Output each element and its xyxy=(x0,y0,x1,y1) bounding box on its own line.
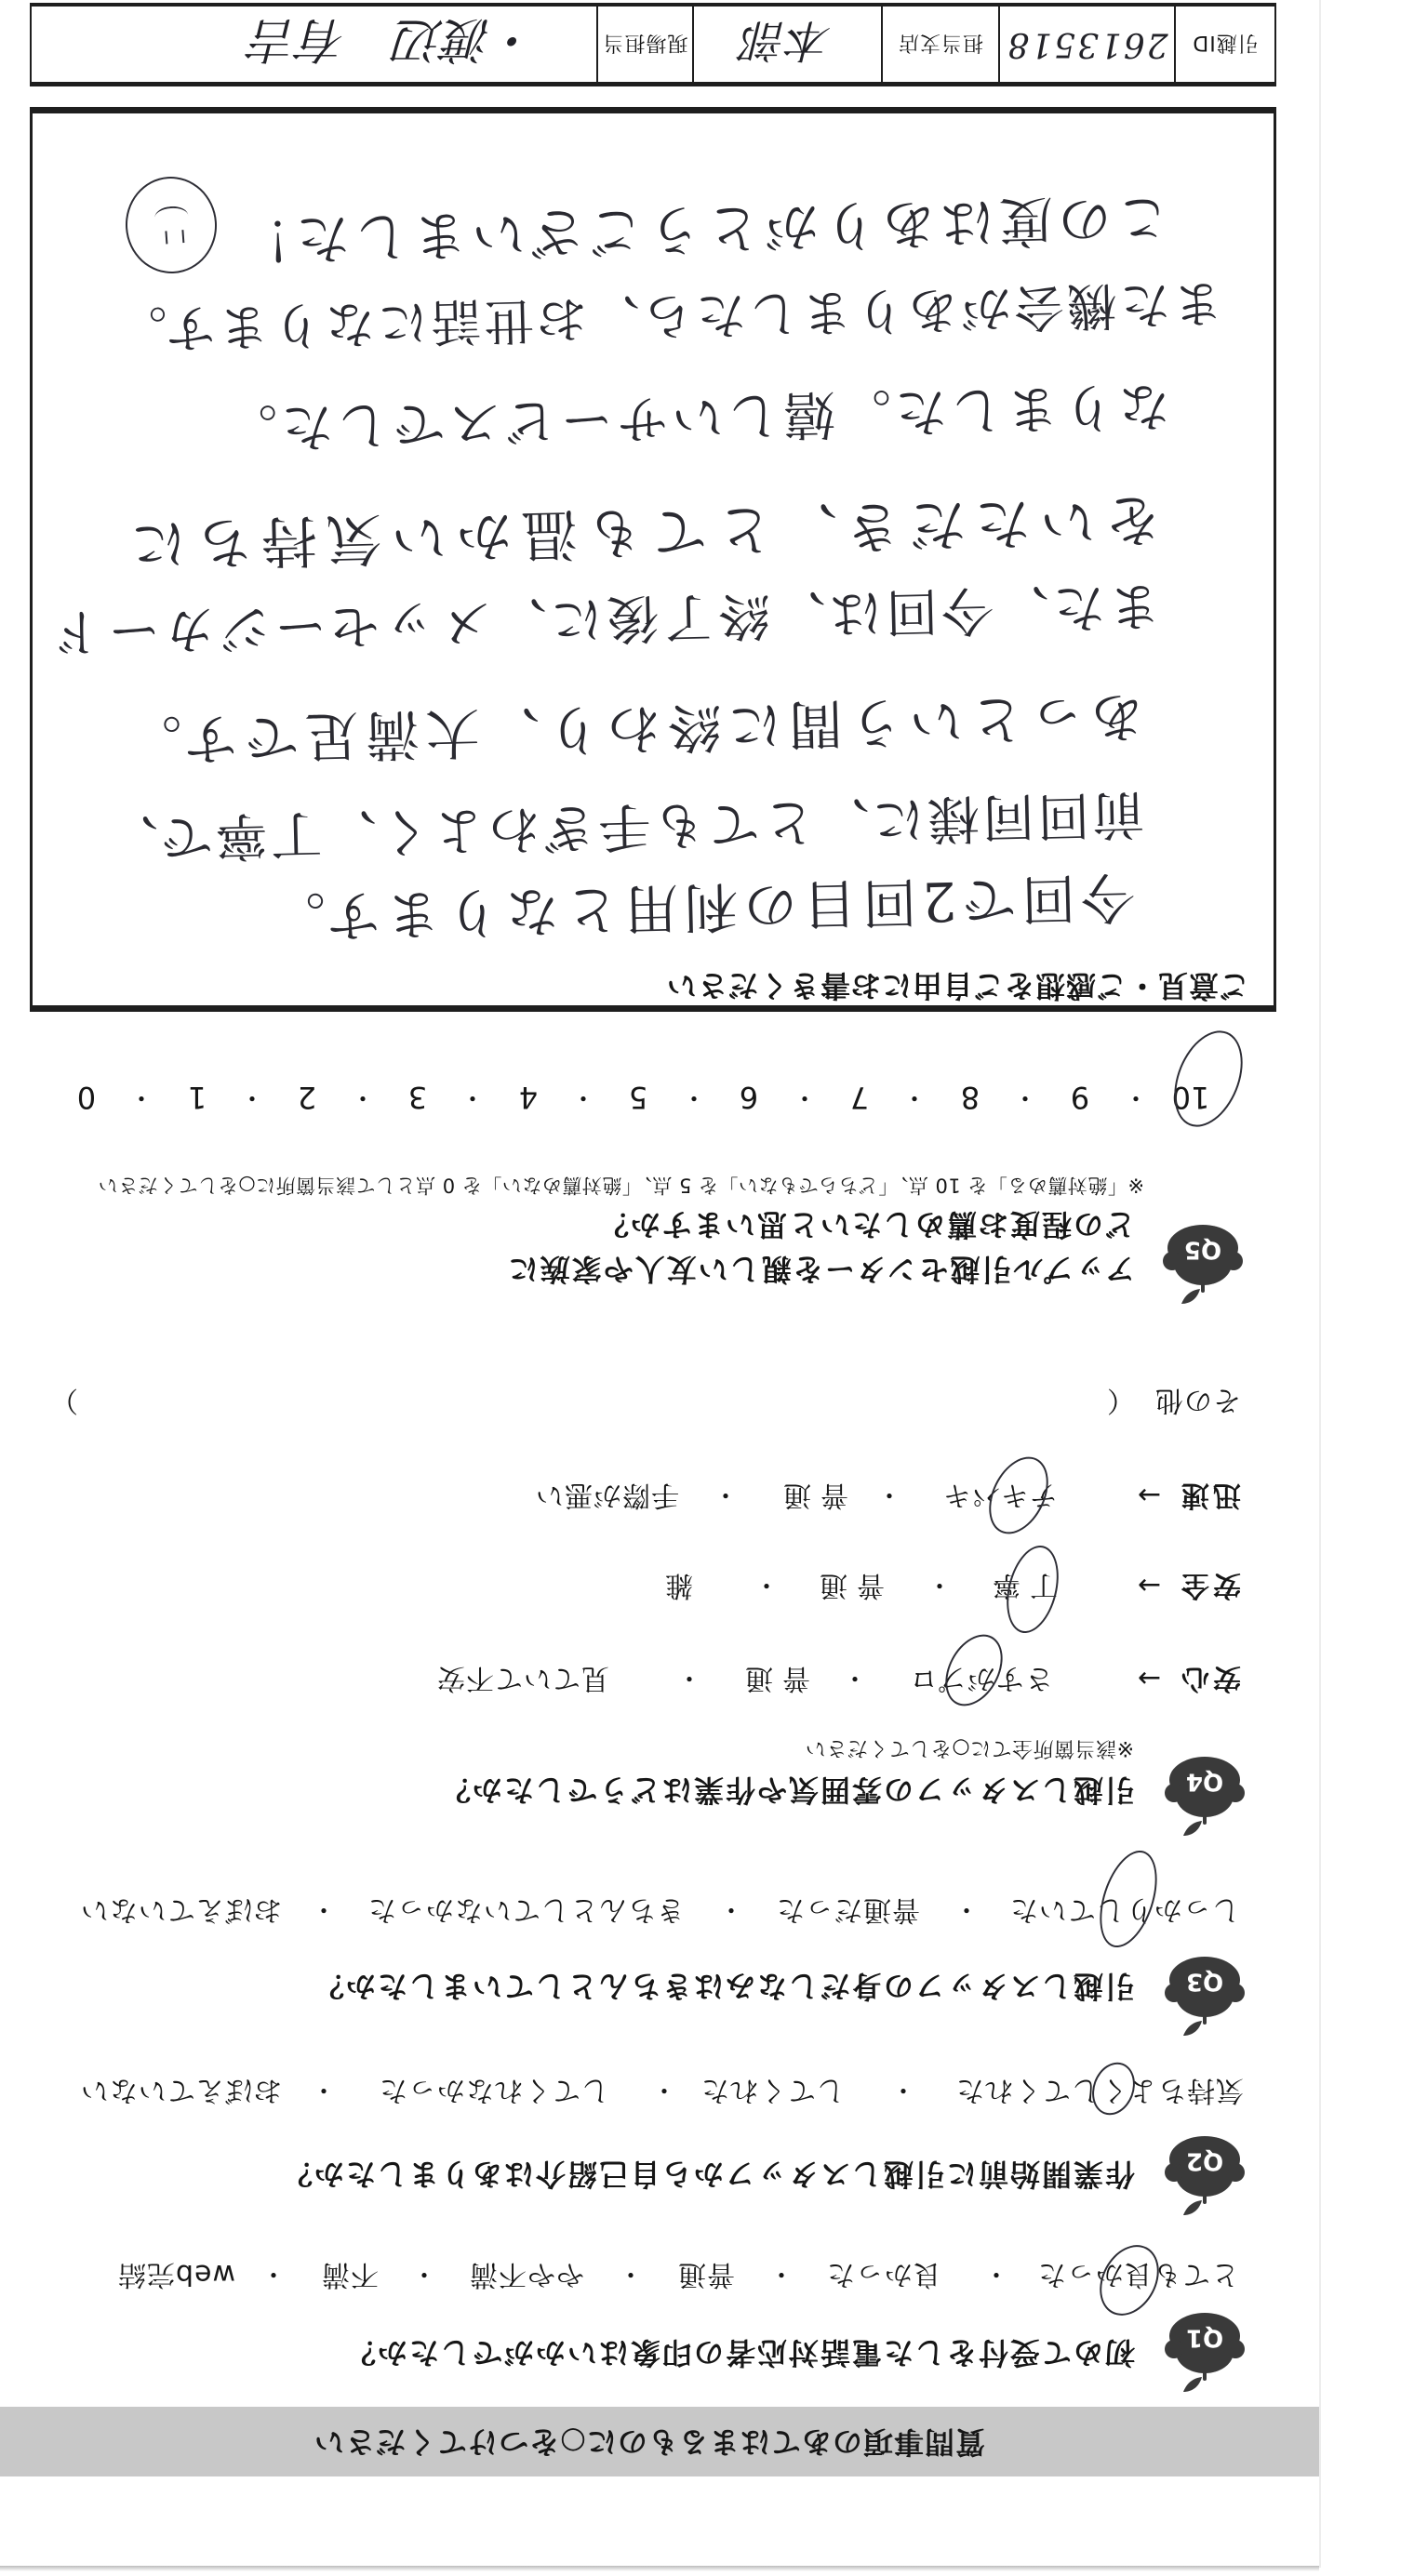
q5-score-option[interactable]: 6 xyxy=(740,1082,758,1112)
q4-other-open-paren: （ xyxy=(1106,1386,1135,1414)
q2-option[interactable]: してくれなかった xyxy=(379,2076,609,2104)
separator: ・ xyxy=(792,1084,818,1110)
separator: ・ xyxy=(927,1572,953,1598)
move-id-value: 2613518 xyxy=(1006,25,1167,63)
staff-label: 現場担当 xyxy=(603,30,688,59)
q4-anshin-option[interactable]: 見ていて不安 xyxy=(436,1664,609,1692)
separator: ・ xyxy=(651,2077,677,2103)
q4-anzen-selection-circle xyxy=(998,1540,1067,1639)
q1-number: Q1 xyxy=(1186,2324,1223,2352)
separator: ・ xyxy=(754,1572,780,1598)
separator: ・ xyxy=(239,1084,265,1110)
q4-anzen-option[interactable]: 普通 xyxy=(810,1571,885,1599)
branch-value-cell[interactable]: 本部 xyxy=(694,7,883,82)
q3-option[interactable]: 普通だった xyxy=(776,1895,920,1923)
smiley-right-eye xyxy=(165,231,167,244)
q4-note: ※該当箇所全てに○をしてください xyxy=(805,1737,1134,1758)
staff-label-cell: 現場担当 xyxy=(598,7,694,82)
q2-apple-badge-icon: Q2 xyxy=(1162,2132,1246,2225)
q4-row-label-anzen: 安全 xyxy=(1178,1571,1241,1599)
separator: ・ xyxy=(260,2261,287,2287)
q3-number: Q3 xyxy=(1186,1968,1223,1996)
separator: ・ xyxy=(718,1896,744,1922)
arrow-right-icon: → xyxy=(1137,1664,1161,1692)
q2-selection-circle xyxy=(1085,2056,1141,2121)
staff-value: ・渡辺 有吉 xyxy=(250,9,540,79)
q5-score-option[interactable]: 0 xyxy=(77,1082,96,1112)
q5-apple-badge-icon: Q5 xyxy=(1160,1221,1244,1314)
q5-question-line-2: どの程度お薦めしたいと思いますか？ xyxy=(597,1210,1135,1240)
q1-option[interactable]: web完結 xyxy=(117,2260,235,2288)
separator: ・ xyxy=(311,1896,337,1922)
q5-score-option[interactable]: 7 xyxy=(850,1082,869,1112)
q3-option[interactable]: きちんとしていなかった xyxy=(367,1895,685,1923)
smiley-mouth xyxy=(154,206,189,228)
move-id-label: 引越ID xyxy=(1192,30,1258,59)
q5-score-option[interactable]: 5 xyxy=(629,1082,647,1112)
separator: ・ xyxy=(411,2261,437,2287)
separator: ・ xyxy=(676,1665,702,1691)
separator: ・ xyxy=(954,1896,980,1922)
separator: ・ xyxy=(890,2077,916,2103)
q4-number: Q4 xyxy=(1186,1768,1223,1796)
q4-jinsoku-option[interactable]: 手際が悪い xyxy=(535,1481,679,1508)
q5-number: Q5 xyxy=(1184,1236,1221,1264)
separator: ・ xyxy=(460,1084,486,1110)
separator: ・ xyxy=(768,2261,794,2287)
separator: ・ xyxy=(128,1084,154,1110)
instructions-text: 質問事項のあてはまるものに○をつけてください xyxy=(313,2427,985,2457)
q3-apple-badge-icon: Q3 xyxy=(1162,1953,1246,2046)
q5-score-option[interactable]: 2 xyxy=(298,1082,316,1112)
separator: ・ xyxy=(1123,1084,1149,1110)
separator: ・ xyxy=(681,1084,707,1110)
q4-question: 引越しスタッフの雰囲気や作業はどうでしたか？ xyxy=(439,1775,1135,1805)
q5-score-option[interactable]: 3 xyxy=(408,1082,427,1112)
separator: ・ xyxy=(901,1084,927,1110)
q4-anzen-option[interactable]: 雑 xyxy=(664,1571,693,1599)
q4-other-close-paren: ） xyxy=(49,1386,78,1414)
branch-label-cell: 担当支店 xyxy=(883,7,1000,82)
q4-row-label-anshin: 安心 xyxy=(1178,1664,1241,1692)
arrow-right-icon: → xyxy=(1137,1481,1161,1508)
q1-apple-badge-icon: Q1 xyxy=(1162,2309,1246,2402)
q5-note: ※「絶対薦める」を 10 点、「どちらでもない」を 5 点、「絶対薦めない」を … xyxy=(98,1175,1144,1195)
branch-value: 本部 xyxy=(743,12,833,76)
separator: ・ xyxy=(618,2261,644,2287)
separator: ・ xyxy=(713,1481,739,1507)
q5-score-option[interactable]: 8 xyxy=(961,1082,980,1112)
q1-question: 初めて受付をした電話対応者の印象はいかがでしたか？ xyxy=(344,2338,1135,2368)
page-left-edge xyxy=(1319,0,1321,2568)
q5-question-line-1: アップル引越センターを親しい友人や家族に xyxy=(507,1255,1135,1284)
q3-question: 引越しスタッフの身だしなみはきちんとしていましたか？ xyxy=(313,1972,1135,2001)
separator: ・ xyxy=(983,2261,1009,2287)
q1-option[interactable]: 良かった xyxy=(826,2260,941,2288)
q2-number: Q2 xyxy=(1186,2147,1223,2175)
survey-form-page: 質問事項のあてはまるものに○をつけてください Q1 初めて受付をした電話対応者の… xyxy=(0,0,1414,2576)
q4-apple-badge-icon: Q4 xyxy=(1162,1753,1246,1846)
separator: ・ xyxy=(311,2077,337,2103)
q1-option[interactable]: やや不満 xyxy=(469,2260,584,2288)
q1-option[interactable]: 普通 xyxy=(677,2260,735,2288)
separator: ・ xyxy=(842,1665,868,1691)
q4-jinsoku-option[interactable]: 普通 xyxy=(774,1481,848,1508)
separator: ・ xyxy=(1012,1084,1038,1110)
q4-other-label: その他 xyxy=(1154,1386,1241,1414)
separator: ・ xyxy=(876,1481,902,1507)
separator: ・ xyxy=(570,1084,596,1110)
staff-value-cell[interactable]: ・渡辺 有吉 xyxy=(30,7,598,82)
q2-question: 作業開始前に引越しスタッフから自己紹介はありましたか？ xyxy=(281,2159,1135,2189)
q5-score-option[interactable]: 4 xyxy=(519,1082,538,1112)
arrow-right-icon: → xyxy=(1137,1571,1161,1599)
q4-row-label-jinsoku: 迅速 xyxy=(1178,1481,1241,1508)
move-id-value-cell[interactable]: 2613518 xyxy=(1000,7,1176,82)
comments-label: ご意見・ご感想をご自由にお書きください xyxy=(666,971,1249,1001)
separator: ・ xyxy=(350,1084,376,1110)
smiley-left-eye xyxy=(181,230,184,243)
q4-other-input[interactable] xyxy=(88,1384,1093,1415)
q5-selection-circle xyxy=(1161,1021,1256,1137)
staff-info-table: 引越ID 2613518 担当支店 本部 現場担当 ・渡辺 有吉 xyxy=(30,3,1276,86)
move-id-label-cell: 引越ID xyxy=(1176,7,1274,82)
q1-option[interactable]: 不満 xyxy=(321,2260,379,2288)
q4-anshin-option[interactable]: 普通 xyxy=(736,1664,810,1692)
branch-label: 担当支店 xyxy=(898,30,983,59)
q3-option[interactable]: おぼえていない xyxy=(80,1895,282,1923)
page-top-edge-shadow xyxy=(0,2566,1319,2571)
q2-option[interactable]: してくれた xyxy=(700,2076,845,2104)
q5-score-option[interactable]: 9 xyxy=(1071,1082,1089,1112)
q2-option[interactable]: おぼえていない xyxy=(80,2076,282,2104)
q5-score-option[interactable]: 1 xyxy=(188,1082,207,1112)
